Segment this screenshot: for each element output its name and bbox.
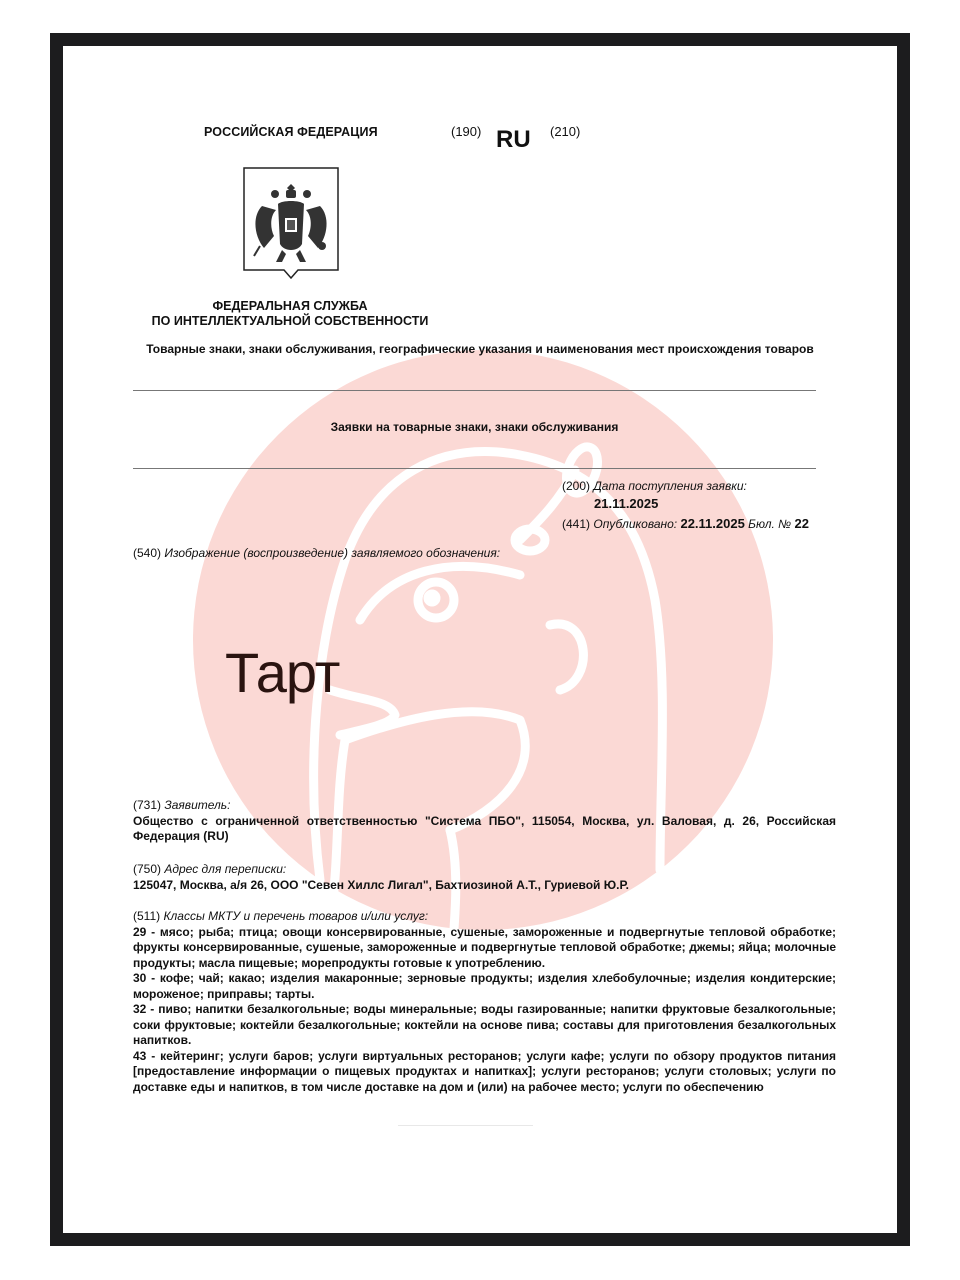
inid-code-540: (540) bbox=[133, 546, 161, 560]
class-number: 32 bbox=[133, 1002, 146, 1016]
correspondence-label: Адрес для переписки: bbox=[164, 862, 286, 876]
mark-image-label: (540) Изображение (воспроизведение) заяв… bbox=[133, 546, 500, 560]
class-text: кейтеринг; услуги баров; услуги виртуаль… bbox=[133, 1049, 836, 1094]
published-label: Опубликовано: bbox=[593, 517, 677, 531]
published-date: 22.11.2025 bbox=[680, 516, 744, 531]
inid-code-750: (750) bbox=[133, 862, 161, 876]
trademark-text: Тарт bbox=[225, 640, 339, 705]
bulletin-number: 22 bbox=[795, 516, 809, 531]
inid-code-200: (200) bbox=[562, 479, 590, 493]
classes-label: Классы МКТУ и перечень товаров и/или усл… bbox=[163, 909, 428, 923]
agency-name-line1: ФЕДЕРАЛЬНАЯ СЛУЖБА bbox=[140, 299, 440, 314]
class-text: пиво; напитки безалкогольные; воды минер… bbox=[133, 1002, 836, 1047]
applicant-value: Общество с ограниченной ответственностью… bbox=[133, 814, 836, 845]
country-heading: РОССИЙСКАЯ ФЕДЕРАЦИЯ bbox=[204, 125, 378, 139]
class-item: 43 - кейтеринг; услуги баров; услуги вир… bbox=[133, 1049, 836, 1096]
correspondence-value: 125047, Москва, а/я 26, ООО "Севен Хиллс… bbox=[133, 878, 836, 894]
filing-date-label: Дата поступления заявки: bbox=[593, 479, 747, 493]
divider bbox=[133, 468, 816, 469]
inid-code-441: (441) bbox=[562, 517, 590, 531]
class-item: 30 - кофе; чай; какао; изделия макаронны… bbox=[133, 971, 836, 1002]
dates-block: (200) Дата поступления заявки: 21.11.202… bbox=[562, 478, 809, 533]
inid-code-190: (190) bbox=[451, 124, 481, 139]
class-text: мясо; рыба; птица; овощи консервированны… bbox=[133, 925, 836, 970]
class-item: 29 - мясо; рыба; птица; овощи консервиро… bbox=[133, 925, 836, 972]
section-title: Заявки на товарные знаки, знаки обслужив… bbox=[133, 420, 816, 434]
correspondence-block: (750) Адрес для переписки: 125047, Москв… bbox=[133, 862, 836, 893]
class-number: 43 bbox=[133, 1049, 146, 1063]
class-text: кофе; чай; какао; изделия макаронные; зе… bbox=[133, 971, 836, 1001]
class-number: 29 bbox=[133, 925, 146, 939]
bulletin-label: Бюл. № bbox=[748, 517, 791, 531]
country-code: RU bbox=[496, 126, 531, 154]
filing-date: 21.11.2025 bbox=[594, 496, 658, 511]
scan-artifact-line bbox=[398, 1125, 533, 1126]
inid-code-511: (511) bbox=[133, 909, 160, 923]
class-number: 30 bbox=[133, 971, 146, 985]
divider bbox=[133, 390, 816, 391]
applicant-block: (731) Заявитель: Общество с ограниченной… bbox=[133, 798, 836, 845]
inid-code-731: (731) bbox=[133, 798, 161, 812]
agency-name: ФЕДЕРАЛЬНАЯ СЛУЖБА ПО ИНТЕЛЛЕКТУАЛЬНОЙ С… bbox=[140, 299, 440, 329]
agency-name-line2: ПО ИНТЕЛЛЕКТУАЛЬНОЙ СОБСТВЕННОСТИ bbox=[140, 314, 440, 329]
classes-block: (511) Классы МКТУ и перечень товаров и/и… bbox=[133, 909, 836, 1095]
inid-code-210: (210) bbox=[550, 124, 580, 139]
russian-coat-of-arms-icon bbox=[242, 166, 340, 280]
mark-image-label-text: Изображение (воспроизведение) заявляемог… bbox=[164, 546, 500, 560]
applicant-label: Заявитель: bbox=[164, 798, 230, 812]
class-item: 32 - пиво; напитки безалкогольные; воды … bbox=[133, 1002, 836, 1049]
publication-category: Товарные знаки, знаки обслуживания, геог… bbox=[120, 342, 840, 356]
